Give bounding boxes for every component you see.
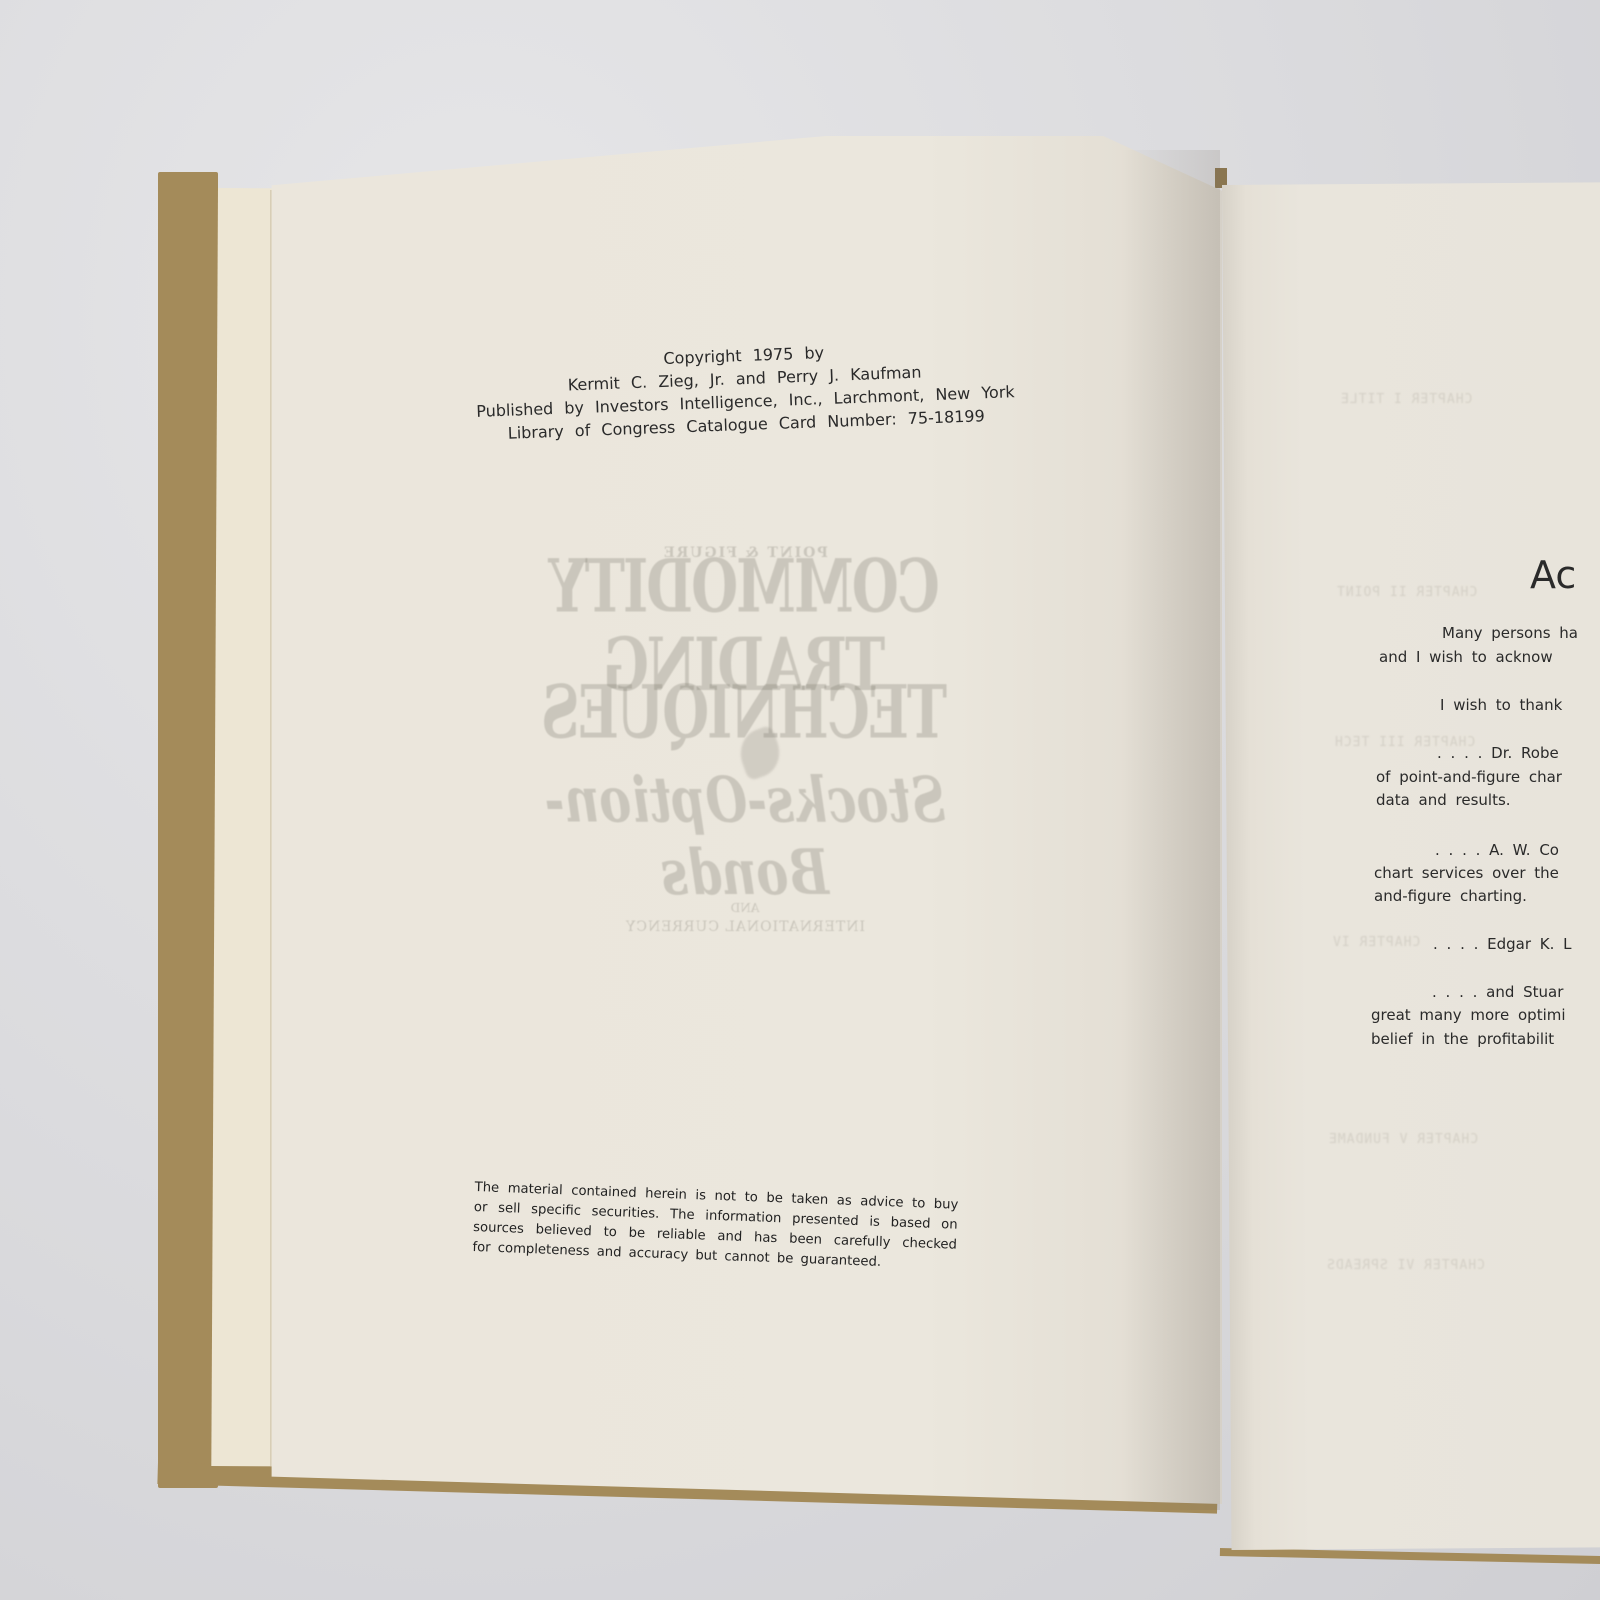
book-cover-right-bottom-edge	[1220, 1548, 1600, 1564]
right-bleed-through-line: CHAPTER VI SPREADS	[1326, 1258, 1485, 1273]
ack-line: data and results.	[1376, 791, 1511, 809]
ack-line: of point-and-figure char	[1376, 768, 1562, 786]
right-bleed-through-line: CHAPTER II POINT	[1336, 585, 1477, 600]
right-bleed-through-line: CHAPTER I TITLE	[1340, 392, 1472, 407]
ack-line: chart services over the	[1374, 864, 1559, 882]
book-cover-left-edge	[158, 172, 218, 1488]
ack-line: . . . . A. W. Co	[1435, 841, 1559, 859]
book-photo-scene: POINT & FIGURE COMMODITY TRADING TECHNIQ…	[0, 0, 1600, 1600]
right-bleed-through-line: CHAPTER V FUNDAME	[1328, 1132, 1478, 1147]
ack-line: and-figure charting.	[1374, 887, 1527, 905]
bleed-through-title-line3: Stocks-Option-Bonds	[480, 764, 1010, 910]
ack-line: Many persons ha	[1442, 624, 1578, 642]
ack-line: and I wish to acknow	[1379, 648, 1553, 666]
right-bleed-through-line: CHAPTER IV	[1332, 935, 1420, 950]
acknowledgements-heading: Ac	[1530, 553, 1576, 597]
ack-line: . . . . and Stuar	[1432, 983, 1563, 1001]
ack-line: I wish to thank	[1440, 696, 1562, 714]
ack-line: . . . . Dr. Robe	[1437, 744, 1559, 762]
ack-line: . . . . Edgar K. L	[1433, 935, 1572, 953]
ack-line: great many more optimi	[1371, 1006, 1566, 1024]
bleed-through-subtitle: INTERNATIONAL CURRENCY	[480, 919, 1010, 935]
ack-line: belief in the profitabilit	[1371, 1030, 1554, 1048]
